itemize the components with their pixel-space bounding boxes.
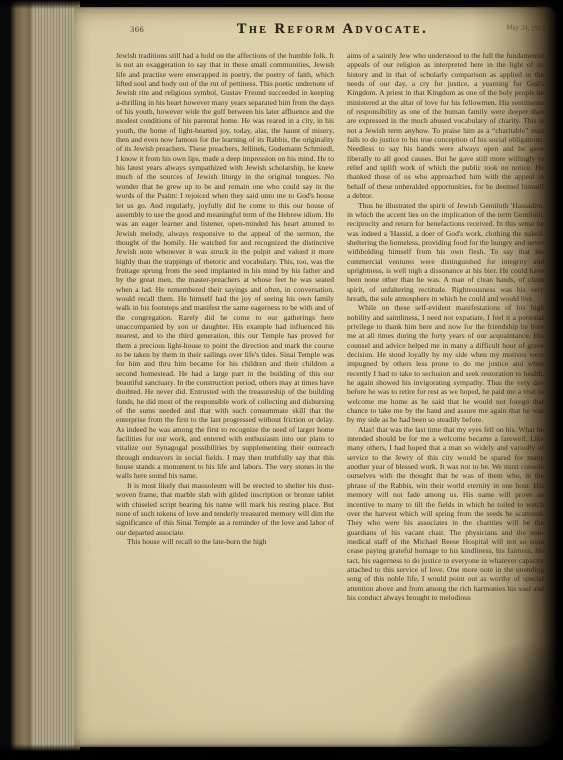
article-paragraph: It is most likely that mausoleum will be… — [116, 481, 334, 537]
book-page-edges — [0, 0, 80, 760]
page-edge-texture — [33, 0, 77, 760]
article-paragraph: This house will recall to the late-born … — [116, 537, 334, 546]
article-paragraph: While on these self-evident manifestatio… — [347, 303, 544, 424]
page-header: 366 The Reform Advocate. May 24, 1913 — [118, 21, 547, 39]
article-paragraph: Jewish traditions still had a hold on th… — [116, 51, 334, 481]
article-left-column: Jewish traditions still had a hold on th… — [116, 51, 334, 733]
magazine-page: 366 The Reform Advocate. May 24, 1913 Je… — [74, 7, 557, 747]
masthead-title: The Reform Advocate. — [118, 21, 547, 38]
article-paragraph: Alas! that was the last time that my eye… — [347, 425, 544, 603]
article-body: Jewish traditions still had a hold on th… — [116, 51, 544, 733]
article-right-column: aims of a saintly Jew who understood to … — [347, 51, 544, 733]
issue-date: May 24, 1913 — [506, 22, 545, 33]
article-paragraph: aims of a saintly Jew who understood to … — [347, 51, 544, 201]
article-paragraph: Thus he illustrated the spirit of Jewish… — [347, 201, 544, 304]
